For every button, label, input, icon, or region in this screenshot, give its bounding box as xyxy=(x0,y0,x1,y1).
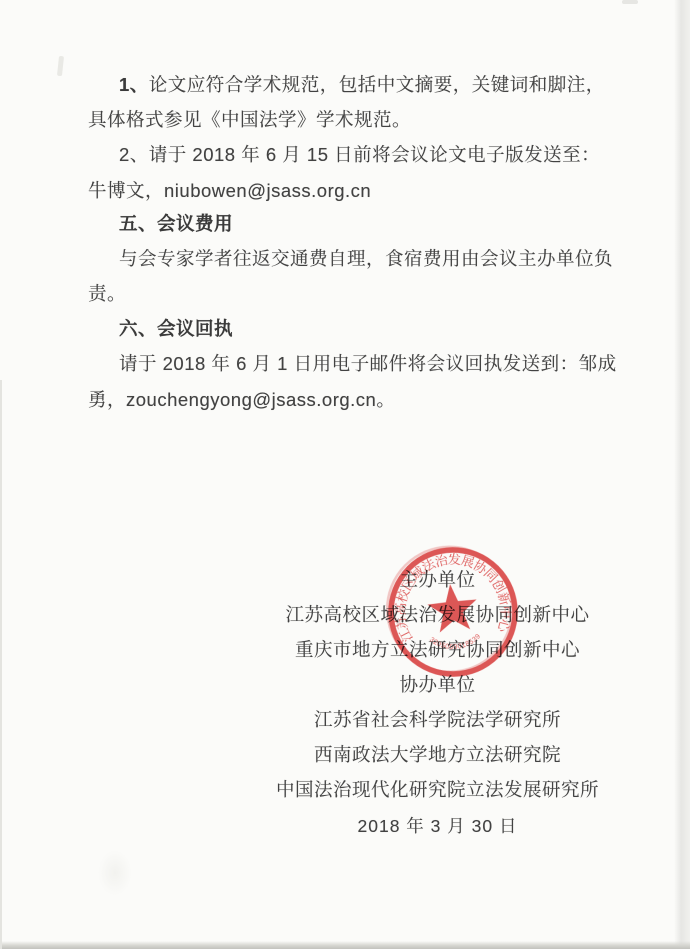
scanned-document-page: 1、论文应符合学术规范，包括中文摘要，关键词和脚注， 具体格式参见《中国法学》学… xyxy=(0,0,690,949)
para2-email: niubowen@jsass.org.cn xyxy=(164,180,371,201)
section6-heading: 六、会议回执 xyxy=(119,316,233,342)
official-seal: 江苏高校区域法治发展协同创新中心 3205050018539 xyxy=(360,519,547,706)
section6-period: 。 xyxy=(376,389,395,410)
co-org-3: 中国法治现代化研究院立法发展研究所 xyxy=(185,772,690,807)
co-org-2: 西南政法大学地方立法研究院 xyxy=(185,737,690,772)
scan-shadow-bottom xyxy=(0,941,690,949)
seal-number: 3205050018539 xyxy=(427,631,483,654)
para1-line1: 1、论文应符合学术规范，包括中文摘要，关键词和脚注， xyxy=(119,72,605,98)
scan-smudge xyxy=(98,850,132,896)
para1-text: 论文应符合学术规范，包括中文摘要，关键词和脚注， xyxy=(149,74,605,95)
section6-line2: 勇，zouchengyong@jsass.org.cn。 xyxy=(88,387,395,413)
document-date: 2018 年 3 月 30 日 xyxy=(185,809,690,844)
scan-edge-left xyxy=(0,380,2,949)
section6-contact-name: 勇， xyxy=(88,389,126,410)
scan-smudge xyxy=(57,56,64,76)
section5-line1: 与会专家学者往返交通费自理，食宿费用由会议主办单位负 xyxy=(119,246,613,272)
section5-line2: 责。 xyxy=(88,281,126,307)
star-icon xyxy=(426,582,480,634)
para1-number: 1、 xyxy=(119,74,149,95)
section5-heading: 五、会议费用 xyxy=(119,211,233,237)
scan-smudge xyxy=(622,0,638,4)
svg-text:3205050018539: 3205050018539 xyxy=(427,631,483,654)
co-org-1: 江苏省社会科学院法学研究所 xyxy=(185,702,690,737)
section6-line1: 请于 2018 年 6 月 1 日用电子邮件将会议回执发送到：邹成 xyxy=(119,351,617,377)
para2-line1: 2、请于 2018 年 6 月 15 日前将会议论文电子版发送至： xyxy=(119,142,600,168)
para1-line2: 具体格式参见《中国法学》学术规范。 xyxy=(88,107,411,133)
section6-email: zouchengyong@jsass.org.cn xyxy=(126,389,376,410)
para2-contact-name: 牛博文， xyxy=(88,180,164,201)
para2-line2: 牛博文，niubowen@jsass.org.cn xyxy=(88,178,371,204)
scan-shadow-right xyxy=(674,0,690,949)
